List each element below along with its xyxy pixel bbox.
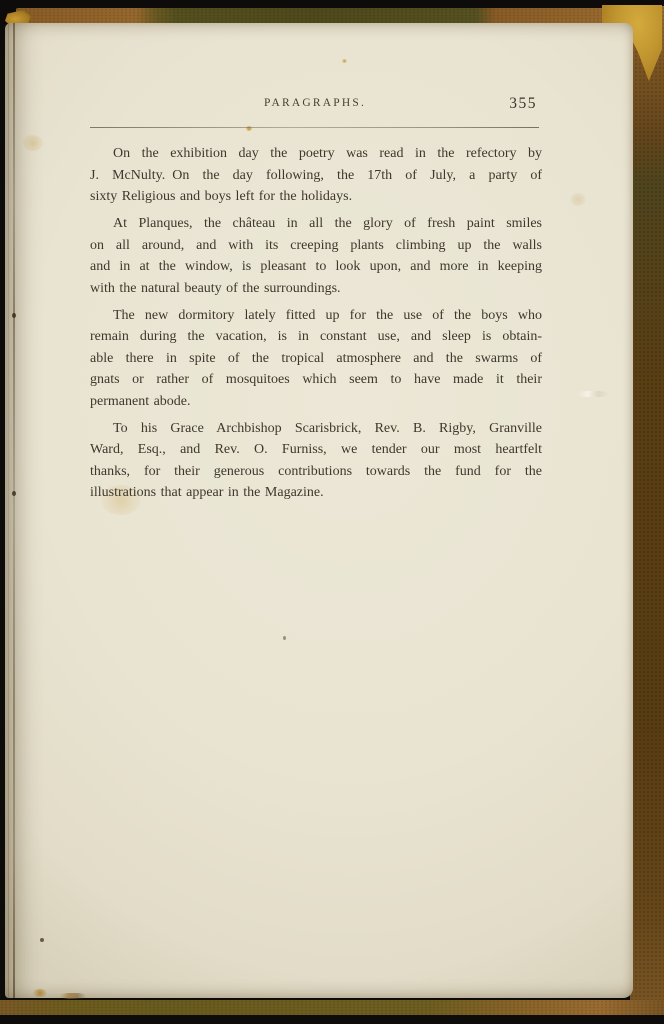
ink-speck — [283, 636, 286, 640]
running-head: PARAGRAPHS. 355 — [90, 97, 540, 117]
page-number: 355 — [509, 95, 537, 113]
book-scan: PARAGRAPHS. 355 On the exhibition day th… — [0, 0, 664, 1024]
text-line: Ward, Esq., and Rev. O. Furniss, we tend… — [90, 439, 542, 461]
paragraph: The new dormitory lately fitted up for t… — [90, 305, 542, 413]
gutter-crease — [13, 23, 15, 998]
text-line: J. McNulty. On the day following, the 17… — [90, 165, 542, 187]
foxing-speck — [342, 59, 347, 63]
text-line: On the exhibition day the poetry was rea… — [90, 143, 542, 165]
text-line: The new dormitory lately fitted up for t… — [90, 305, 542, 327]
text-line: sixty Religious and boys left for the ho… — [90, 186, 542, 208]
body-text: On the exhibition day the poetry was rea… — [90, 143, 542, 509]
text-line: remain during the vacation, is in consta… — [90, 326, 542, 348]
foxing-stain — [23, 135, 43, 151]
book-cover-top-edge — [16, 8, 632, 23]
text-line: permanent abode. — [90, 391, 542, 413]
header-rule — [90, 127, 539, 128]
text-line: illustrations that appear in the Magazin… — [90, 482, 542, 504]
paragraph: On the exhibition day the poetry was rea… — [90, 143, 542, 208]
text-line: thanks, for their generous contributions… — [90, 461, 542, 483]
paragraph: At Planques, the château in all the glor… — [90, 213, 542, 299]
gilt-fleck — [33, 989, 47, 997]
text-line: and in at the window, is pleasant to loo… — [90, 256, 542, 278]
gutter-mark — [12, 313, 16, 318]
book-cover-bottom-edge — [0, 1000, 664, 1015]
gutter-mark — [12, 491, 16, 496]
page-edge-line — [8, 23, 9, 998]
paper-scuff — [577, 391, 609, 397]
foxing-stain — [570, 193, 586, 206]
paragraph: To his Grace Archbishop Scarisbrick, Rev… — [90, 418, 542, 504]
text-line: At Planques, the château in all the glor… — [90, 213, 542, 235]
page-title: PARAGRAPHS. — [90, 97, 540, 109]
text-line: on all around, and with its creeping pla… — [90, 235, 542, 257]
gilt-fleck — [60, 993, 86, 999]
ink-speck — [40, 938, 44, 942]
text-line: with the natural beauty of the surroundi… — [90, 278, 542, 300]
text-line: able there in spite of the tropical atmo… — [90, 348, 542, 370]
text-line: gnats or rather of mosquitoes which seem… — [90, 369, 542, 391]
book-page: PARAGRAPHS. 355 On the exhibition day th… — [5, 23, 633, 998]
book-cover-right-edge — [630, 6, 664, 1006]
text-line: To his Grace Archbishop Scarisbrick, Rev… — [90, 418, 542, 440]
